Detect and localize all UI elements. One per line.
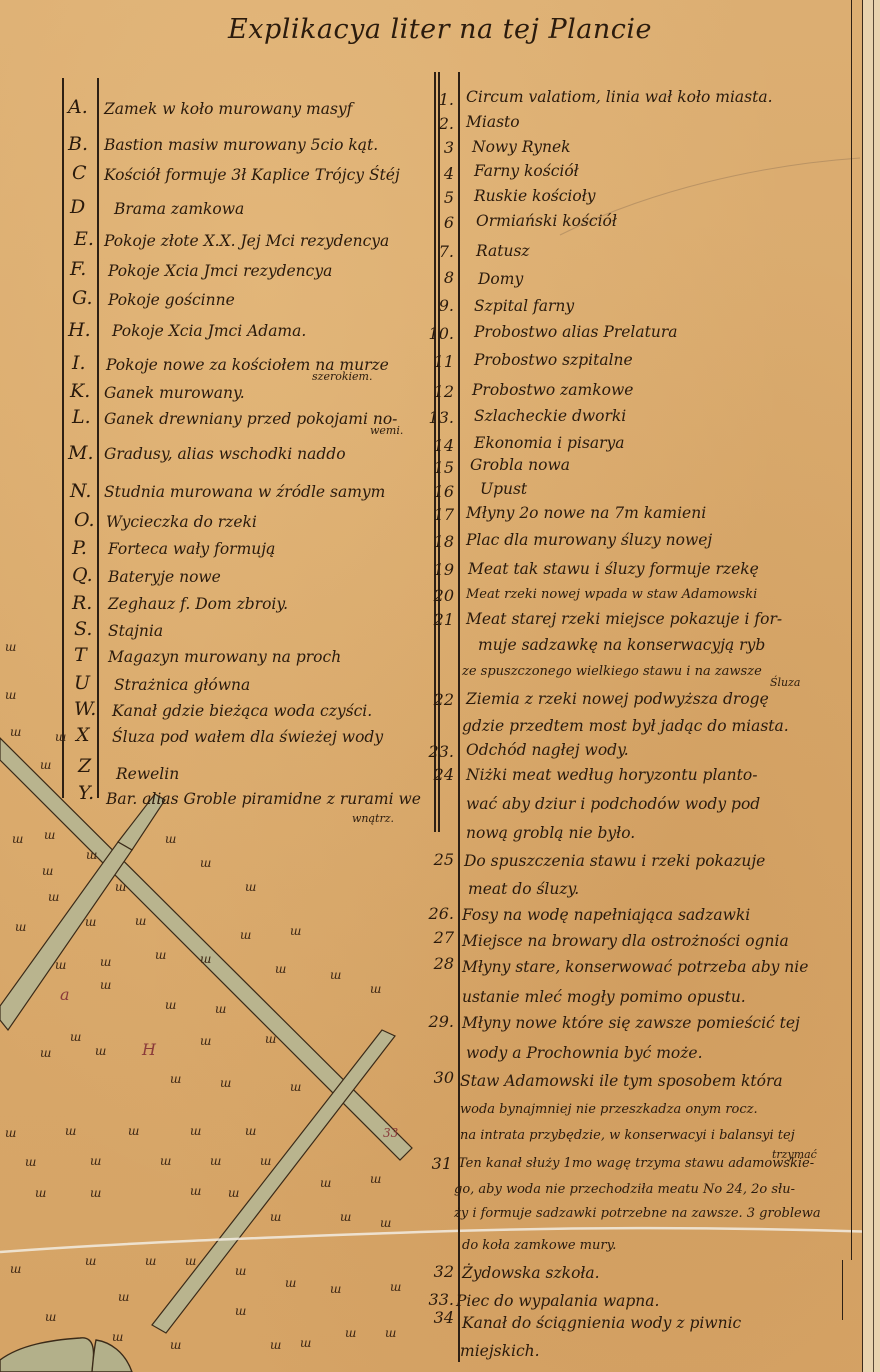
marsh-symbol: ш xyxy=(190,1184,201,1198)
legend-text: Pokoje Xcia Jmci Adama. xyxy=(112,322,306,340)
marsh-symbol: ш xyxy=(340,1210,351,1224)
marsh-symbol: ш xyxy=(345,1326,356,1340)
marsh-symbol: ш xyxy=(170,1338,181,1352)
marsh-symbol: ш xyxy=(112,1330,123,1344)
legend-number: 17 xyxy=(426,505,454,524)
legend-number: 19 xyxy=(426,560,454,579)
legend-text: Domy xyxy=(478,270,523,288)
legend-text: na intrata przybędzie, w konserwacyi i b… xyxy=(460,1128,795,1143)
legend-text: Żydowska szkoła. xyxy=(462,1264,600,1282)
marsh-symbol: ш xyxy=(275,962,286,976)
rule-letter-col xyxy=(97,78,99,798)
marsh-symbol: ш xyxy=(245,1124,256,1138)
legend-text: Ekonomia i pisarya xyxy=(474,434,625,452)
legend-number: 8 xyxy=(426,268,454,287)
marsh-symbol: ш xyxy=(90,1186,101,1200)
legend-text: Zamek w koło murowany masyf xyxy=(104,100,352,118)
legend-text: gdzie przedtem most był jadąc do miasta. xyxy=(462,717,789,735)
legend-text: Stajnia xyxy=(108,622,163,640)
legend-text: Szpital farny xyxy=(474,297,574,315)
marsh-symbol: ш xyxy=(70,1030,81,1044)
legend-key: S. xyxy=(74,618,92,640)
marsh-symbol: ш xyxy=(270,1338,281,1352)
legend-text: Brama zamkowa xyxy=(114,200,244,218)
marsh-symbol: ш xyxy=(370,1172,381,1186)
legend-text: Odchód nagłej wody. xyxy=(466,741,629,759)
marsh-symbol: ш xyxy=(5,688,16,702)
legend-text: Pokoje Xcia Jmci rezydencya xyxy=(108,262,332,280)
marsh-symbol: ш xyxy=(235,1264,246,1278)
marsh-symbol: ш xyxy=(55,958,66,972)
marsh-symbol: ш xyxy=(165,998,176,1012)
legend-number: 4 xyxy=(426,164,454,183)
legend-key: R. xyxy=(72,592,92,614)
legend-number: 22 xyxy=(426,690,454,709)
marsh-symbol: ш xyxy=(190,1124,201,1138)
legend-key: I. xyxy=(72,352,86,374)
legend-text: Rewelin xyxy=(116,765,179,783)
marsh-symbol: ш xyxy=(380,1216,391,1230)
sheet-margin xyxy=(862,0,880,1372)
legend-text: Bar. alias Groble piramidne z rurami we xyxy=(106,790,421,808)
legend-number: 7. xyxy=(426,242,454,261)
legend-text: Nowy Rynek xyxy=(472,138,571,156)
legend-text: Kanał gdzie bieżąca woda czyści. xyxy=(112,702,372,720)
legend-text: wać aby dziur i podchodów wody pod xyxy=(466,795,760,813)
legend-key: A. xyxy=(68,96,88,118)
marsh-symbol: ш xyxy=(160,1154,171,1168)
legend-text: Grobla nowa xyxy=(470,456,570,474)
marsh-symbol: ш xyxy=(210,1154,221,1168)
legend-text: Meat rzeki nowej wpada w staw Adamowski xyxy=(466,587,757,602)
legend-key: Y. xyxy=(78,782,94,804)
legend-text: Zeghauz f. Dom zbroiy. xyxy=(108,595,288,613)
marsh-symbol: ш xyxy=(330,1282,341,1296)
legend-text: ży i formuje sadzawki potrzebne na zawsz… xyxy=(454,1206,821,1221)
legend-number: 3 xyxy=(426,138,454,157)
legend-text: Gradusy, alias wschodki naddo xyxy=(104,445,346,463)
legend-number: 23. xyxy=(426,742,454,761)
legend-text: Upust xyxy=(480,480,527,498)
marsh-symbol: ш xyxy=(10,725,21,739)
legend-text: Circum valatiom, linia wał koło miasta. xyxy=(466,88,773,106)
legend-number: 1. xyxy=(426,90,454,109)
legend-key: U xyxy=(74,672,90,694)
marsh-symbol: ш xyxy=(85,1254,96,1268)
legend-number: 28 xyxy=(426,954,454,973)
marsh-symbol: ш xyxy=(370,982,381,996)
marsh-symbol: ш xyxy=(10,1262,21,1276)
legend-text: Ten kanał służy 1mo wagę trzyma stawu ad… xyxy=(458,1156,814,1171)
map-label-a: a xyxy=(60,985,70,1004)
marsh-symbol: ш xyxy=(228,1186,239,1200)
legend-number: 33. xyxy=(426,1290,454,1309)
legend-number: 6 xyxy=(426,213,454,232)
legend-text: Młyny 2o nowe na 7m kamieni xyxy=(466,504,706,522)
marsh-symbol: ш xyxy=(290,924,301,938)
marsh-symbol: ш xyxy=(40,758,51,772)
marsh-symbol: ш xyxy=(240,928,251,942)
marsh-symbol: ш xyxy=(260,1154,271,1168)
legend-number: 21 xyxy=(426,610,454,629)
legend-number: 15 xyxy=(426,458,454,477)
marsh-symbol: ш xyxy=(15,920,26,934)
marsh-symbol: ш xyxy=(285,1276,296,1290)
legend-text: Bastion masiw murowany 5cio kąt. xyxy=(104,136,378,154)
legend-number: 14 xyxy=(426,436,454,455)
legend-key: G. xyxy=(72,287,93,309)
legend-number: 25 xyxy=(426,850,454,869)
marsh-symbol: ш xyxy=(55,730,66,744)
legend-text: miejskich. xyxy=(460,1342,540,1360)
legend-number: 18 xyxy=(426,532,454,551)
legend-text: Ruskie kościoły xyxy=(474,187,596,205)
legend-text: muje sadzawkę na konserwacyją ryb xyxy=(478,636,765,654)
legend-text: Probostwo zamkowe xyxy=(472,381,633,399)
legend-text: nową groblą nie było. xyxy=(466,824,635,842)
canal-lower-branch xyxy=(152,1030,395,1333)
marsh-symbol: ш xyxy=(165,832,176,846)
legend-number: 13. xyxy=(426,408,454,427)
legend-text: Fosy na wodę napełniająca sadzawki xyxy=(462,906,750,924)
marsh-symbol: ш xyxy=(155,948,166,962)
legend-text: ze spuszczonego wielkiego stawu i na zaw… xyxy=(462,664,762,679)
legend-number: 34 xyxy=(426,1308,454,1327)
marsh-symbol: ш xyxy=(86,848,97,862)
legend-text: Probostwo szpitalne xyxy=(474,351,633,369)
marsh-symbol: ш xyxy=(100,955,111,969)
legend-text: Pokoje złote X.X. Jej Mci rezydencya xyxy=(104,232,389,250)
legend-key: X xyxy=(76,724,90,746)
marsh-symbol: ш xyxy=(215,1002,226,1016)
legend-key: O. xyxy=(74,509,95,531)
marsh-symbol: ш xyxy=(25,1155,36,1169)
map-label-h: H xyxy=(142,1040,156,1059)
legend-number: 20 xyxy=(426,586,454,605)
legend-key: K. xyxy=(70,380,90,402)
legend-text: Szlacheckie dworki xyxy=(474,407,626,425)
legend-text: Studnia murowana w źródle samym xyxy=(104,483,385,501)
legend-text: Strażnica główna xyxy=(114,676,250,694)
rule-right-outer xyxy=(851,0,852,1260)
marsh-symbol: ш xyxy=(185,1254,196,1268)
marsh-symbol: ш xyxy=(200,856,211,870)
marsh-symbol: ш xyxy=(85,915,96,929)
legend-text: woda bynajmniej nie przeszkadza onym roc… xyxy=(460,1102,758,1117)
marsh-symbol: ш xyxy=(390,1280,401,1294)
legend-key: Q. xyxy=(72,564,93,586)
legend-key: H. xyxy=(68,319,91,341)
legend-text: Plac dla murowany śluzy nowej xyxy=(466,531,712,549)
marsh-symbol: ш xyxy=(300,1336,311,1350)
legend-text: Meat tak stawu i śluzy formuje rzekę xyxy=(468,560,759,578)
legend-number: 11 xyxy=(426,352,454,371)
legend-number: 24 xyxy=(426,765,454,784)
marsh-symbol: ш xyxy=(265,1032,276,1046)
marsh-symbol: ш xyxy=(128,1124,139,1138)
marsh-symbol: ш xyxy=(235,1304,246,1318)
marsh-symbol: ш xyxy=(145,1254,156,1268)
legend-text: Bateryje nowe xyxy=(108,568,221,586)
legend-key: W. xyxy=(74,698,96,720)
marsh-symbol: ш xyxy=(290,1080,301,1094)
rule-left-outer xyxy=(62,78,64,798)
marsh-symbol: ш xyxy=(170,1072,181,1086)
legend-text: Ganek murowany. xyxy=(104,384,245,402)
legend-key: C xyxy=(72,162,87,184)
legend-number: 29. xyxy=(426,1012,454,1031)
legend-text: Śluza pod wałem dla świeżej wody xyxy=(112,728,383,746)
marsh-symbol: ш xyxy=(48,890,59,904)
legend-text: Do spuszczenia stawu i rzeki pokazuje xyxy=(464,852,765,870)
legend-key: L. xyxy=(72,406,91,428)
legend-text-continuation: wemi. xyxy=(370,424,403,437)
legend-text: go, aby woda nie przechodziła meatu No 2… xyxy=(454,1182,795,1197)
marsh-symbol: ш xyxy=(65,1124,76,1138)
legend-text: Miejsce na browary dla ostrożności ognia xyxy=(462,932,789,950)
legend-key: N. xyxy=(70,480,91,502)
marsh-symbol: ш xyxy=(35,1186,46,1200)
legend-key: T xyxy=(74,644,87,666)
legend-number: 12 xyxy=(426,382,454,401)
legend-text: Pokoje gościnne xyxy=(108,291,235,309)
legend-number: 2. xyxy=(426,114,454,133)
margin-rule xyxy=(873,0,874,1372)
legend-text: Farny kościół xyxy=(474,162,579,180)
legend-text: Ziemia z rzeki nowej podwyższa drogę xyxy=(466,690,769,708)
marsh-symbol: ш xyxy=(220,1076,231,1090)
marsh-symbol: ш xyxy=(90,1154,101,1168)
legend-number: 10. xyxy=(426,324,454,343)
legend-text: Ganek drewniany przed pokojami no- xyxy=(104,410,397,428)
legend-note: Śluza xyxy=(770,676,801,689)
marsh-symbol: ш xyxy=(245,880,256,894)
legend-key: B. xyxy=(68,133,88,155)
marsh-symbol: ш xyxy=(44,828,55,842)
legend-key: D xyxy=(70,196,85,218)
marsh-symbol: ш xyxy=(95,1044,106,1058)
marsh-symbol: ш xyxy=(5,1126,16,1140)
legend-text: Forteca wały formują xyxy=(108,540,275,558)
legend-key: Z xyxy=(78,755,91,777)
marsh-symbol: ш xyxy=(118,1290,129,1304)
legend-text: Staw Adamowski ile tym sposobem która xyxy=(460,1072,783,1090)
marsh-symbol: ш xyxy=(5,640,16,654)
legend-text: meat do śluzy. xyxy=(468,880,579,898)
legend-number: 30 xyxy=(426,1068,454,1087)
legend-text: Piec do wypalania wapna. xyxy=(456,1292,659,1310)
legend-title: Explikacya liter na tej Plancie xyxy=(0,14,880,45)
legend-number: 27 xyxy=(426,928,454,947)
legend-number: 9. xyxy=(426,296,454,315)
rule-right-lower xyxy=(842,1260,843,1320)
legend-text: Kościół formuje 3ł Kaplice Trójcy Śtéj xyxy=(104,166,400,184)
legend-text: wody a Prochownia być może. xyxy=(466,1044,703,1062)
marsh-symbol: ш xyxy=(330,968,341,982)
legend-text: Miasto xyxy=(466,113,520,131)
legend-number: 26. xyxy=(426,904,454,923)
marsh-symbol: ш xyxy=(270,1210,281,1224)
marsh-symbol: ш xyxy=(135,914,146,928)
legend-text-continuation: wnątrz. xyxy=(352,812,394,825)
legend-text: Probostwo alias Prelatura xyxy=(474,323,677,341)
marsh-symbol: ш xyxy=(200,952,211,966)
marsh-symbol: ш xyxy=(40,1046,51,1060)
legend-number: 16 xyxy=(426,482,454,501)
legend-text: Wycieczka do rzeki xyxy=(106,513,257,531)
legend-text: Ormiański kościół xyxy=(476,212,617,230)
legend-text: do koła zamkowe mury. xyxy=(462,1238,616,1253)
marsh-symbol: ш xyxy=(385,1326,396,1340)
legend-text: ustanie mleć mogły pomimo opustu. xyxy=(462,988,746,1006)
legend-text-continuation: szerokiem. xyxy=(312,370,372,383)
legend-key: E. xyxy=(74,228,94,250)
marsh-symbol: ш xyxy=(42,864,53,878)
marsh-symbol: ш xyxy=(200,1034,211,1048)
marsh-symbol: ш xyxy=(320,1176,331,1190)
legend-number: 5 xyxy=(426,188,454,207)
marsh-symbol: ш xyxy=(100,978,111,992)
legend-text: Młyny stare, konserwować potrzeba aby ni… xyxy=(462,958,808,976)
map-label-33: 33 xyxy=(383,1126,398,1140)
marsh-symbol: ш xyxy=(12,832,23,846)
legend-key: F. xyxy=(70,258,86,280)
legend-text: Niżki meat według horyzontu planto- xyxy=(466,766,757,784)
legend-number: 32 xyxy=(426,1262,454,1281)
legend-text: Kanał do ściągnienia wody z piwnic xyxy=(462,1314,741,1332)
legend-text: Ratusz xyxy=(476,242,530,260)
legend-text: Magazyn murowany na proch xyxy=(108,648,341,666)
legend-text: Młyny nowe które się zawsze pomieścić te… xyxy=(462,1014,800,1032)
marsh-symbol: ш xyxy=(45,1310,56,1324)
legend-text: Meat starej rzeki miejsce pokazuje i for… xyxy=(466,610,782,628)
legend-key: M. xyxy=(68,442,94,464)
legend-number: 31 xyxy=(424,1154,452,1173)
legend-key: P. xyxy=(72,537,87,559)
marsh-symbol: ш xyxy=(115,880,126,894)
